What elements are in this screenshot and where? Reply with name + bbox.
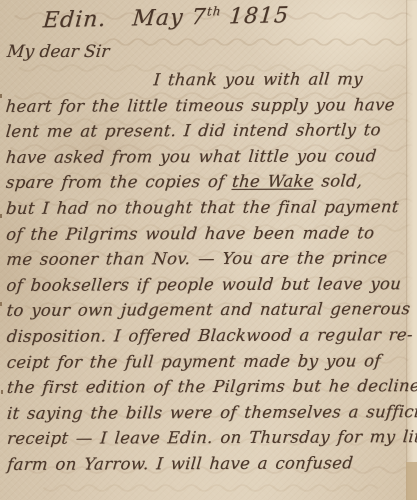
letter-line: but I had no thought that the final paym… bbox=[5, 197, 417, 224]
letter-line: to your own judgement and natural genero… bbox=[5, 299, 417, 326]
ghost-line bbox=[95, 39, 417, 45]
letter-line: I thank you with all my bbox=[4, 69, 417, 96]
letter-page: Edin.May 7th 1815 My dear Sir I thank yo… bbox=[0, 0, 417, 500]
letter-line-segment: spare from the copies of bbox=[5, 172, 233, 192]
letter-line: spare from the copies of the Wake sold, bbox=[5, 171, 417, 198]
dateline-gap bbox=[106, 25, 132, 26]
dateline-ordinal: th bbox=[206, 4, 222, 18]
letter-line: ceipt for the full payment made by you o… bbox=[5, 351, 417, 378]
underlined-book-title: the Wake bbox=[231, 172, 314, 191]
salutation: My dear Sir bbox=[6, 42, 110, 62]
letter-line: the first edition of the Pilgrims but he… bbox=[6, 376, 417, 403]
dateline-place: Edin. bbox=[42, 7, 107, 33]
letter-line-segment: sold, bbox=[313, 172, 363, 191]
letter-body: I thank you with all my heart for the li… bbox=[4, 69, 417, 480]
dateline-year: 1815 bbox=[228, 3, 290, 29]
letter-line: receipt — I leave Edin. on Thursday for … bbox=[6, 427, 417, 454]
letter-line: it saying the bills were of themselves a… bbox=[6, 402, 417, 429]
letter-line: of the Pilgrims would have been made to bbox=[5, 223, 417, 250]
dateline: Edin.May 7th 1815 bbox=[42, 3, 290, 34]
letter-line: farm on Yarrow. I will have a confused bbox=[6, 453, 417, 480]
dateline-month-day: May 7 bbox=[131, 5, 207, 32]
letter-line: disposition. I offered Blackwood a regul… bbox=[5, 325, 417, 352]
ghost-line bbox=[44, 485, 377, 491]
letter-line: heart for the little timeous supply you … bbox=[4, 95, 417, 122]
letter-line: me sooner than Nov. — You are the prince bbox=[5, 248, 417, 275]
letter-line: have asked from you what little you coud bbox=[5, 146, 417, 173]
letter-line: of booksellers if people would but leave… bbox=[5, 274, 417, 301]
paper-edge-specks bbox=[0, 94, 2, 98]
letter-line: lent me at present. I did intend shortly… bbox=[4, 120, 417, 147]
